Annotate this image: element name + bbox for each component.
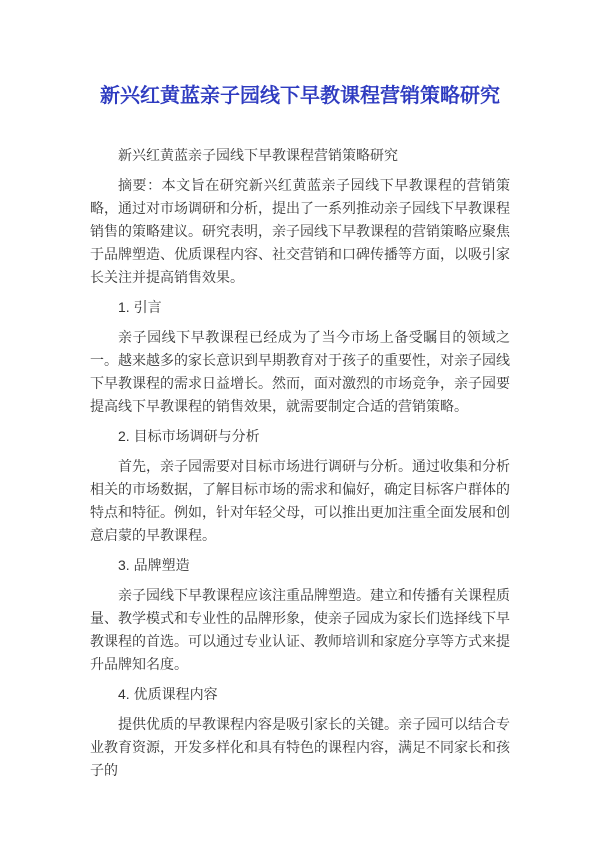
section-body: 提供优质的早教课程内容是吸引家长的关键。亲子园可以结合专业教育资源，开发多样化和… xyxy=(90,713,510,782)
section-heading: 3. 品牌塑造 xyxy=(90,554,510,577)
section-quality-content: 4. 优质课程内容 提供优质的早教课程内容是吸引家长的关键。亲子园可以结合专业教… xyxy=(90,683,510,782)
section-body: 亲子园线下早教课程已经成为了当今市场上备受瞩目的领域之一。越来越多的家长意识到早… xyxy=(90,326,510,418)
section-body: 首先，亲子园需要对目标市场进行调研与分析。通过收集和分析相关的市场数据，了解目标… xyxy=(90,455,510,547)
abstract-paragraph: 摘要：本文旨在研究新兴红黄蓝亲子园线下早教课程的营销策略，通过对市场调研和分析，… xyxy=(90,174,510,289)
section-body: 亲子园线下早教课程应该注重品牌塑造。建立和传播有关课程质量、教学模式和专业性的品… xyxy=(90,584,510,676)
section-heading: 4. 优质课程内容 xyxy=(90,683,510,706)
document-content: 新兴红黄蓝亲子园线下早教课程营销策略研究 新兴红黄蓝亲子园线下早教课程营销策略研… xyxy=(0,0,600,782)
section-brand-building: 3. 品牌塑造 亲子园线下早教课程应该注重品牌塑造。建立和传播有关课程质量、教学… xyxy=(90,554,510,676)
document-page: 新兴红黄蓝亲子园线下早教课程营销策略研究 新兴红黄蓝亲子园线下早教课程营销策略研… xyxy=(0,0,600,848)
section-heading: 1. 引言 xyxy=(90,296,510,319)
document-subtitle: 新兴红黄蓝亲子园线下早教课程营销策略研究 xyxy=(90,144,510,167)
section-market-research: 2. 目标市场调研与分析 首先，亲子园需要对目标市场进行调研与分析。通过收集和分… xyxy=(90,425,510,547)
document-title: 新兴红黄蓝亲子园线下早教课程营销策略研究 xyxy=(90,82,510,110)
section-introduction: 1. 引言 亲子园线下早教课程已经成为了当今市场上备受瞩目的领域之一。越来越多的… xyxy=(90,296,510,418)
section-heading: 2. 目标市场调研与分析 xyxy=(90,425,510,448)
